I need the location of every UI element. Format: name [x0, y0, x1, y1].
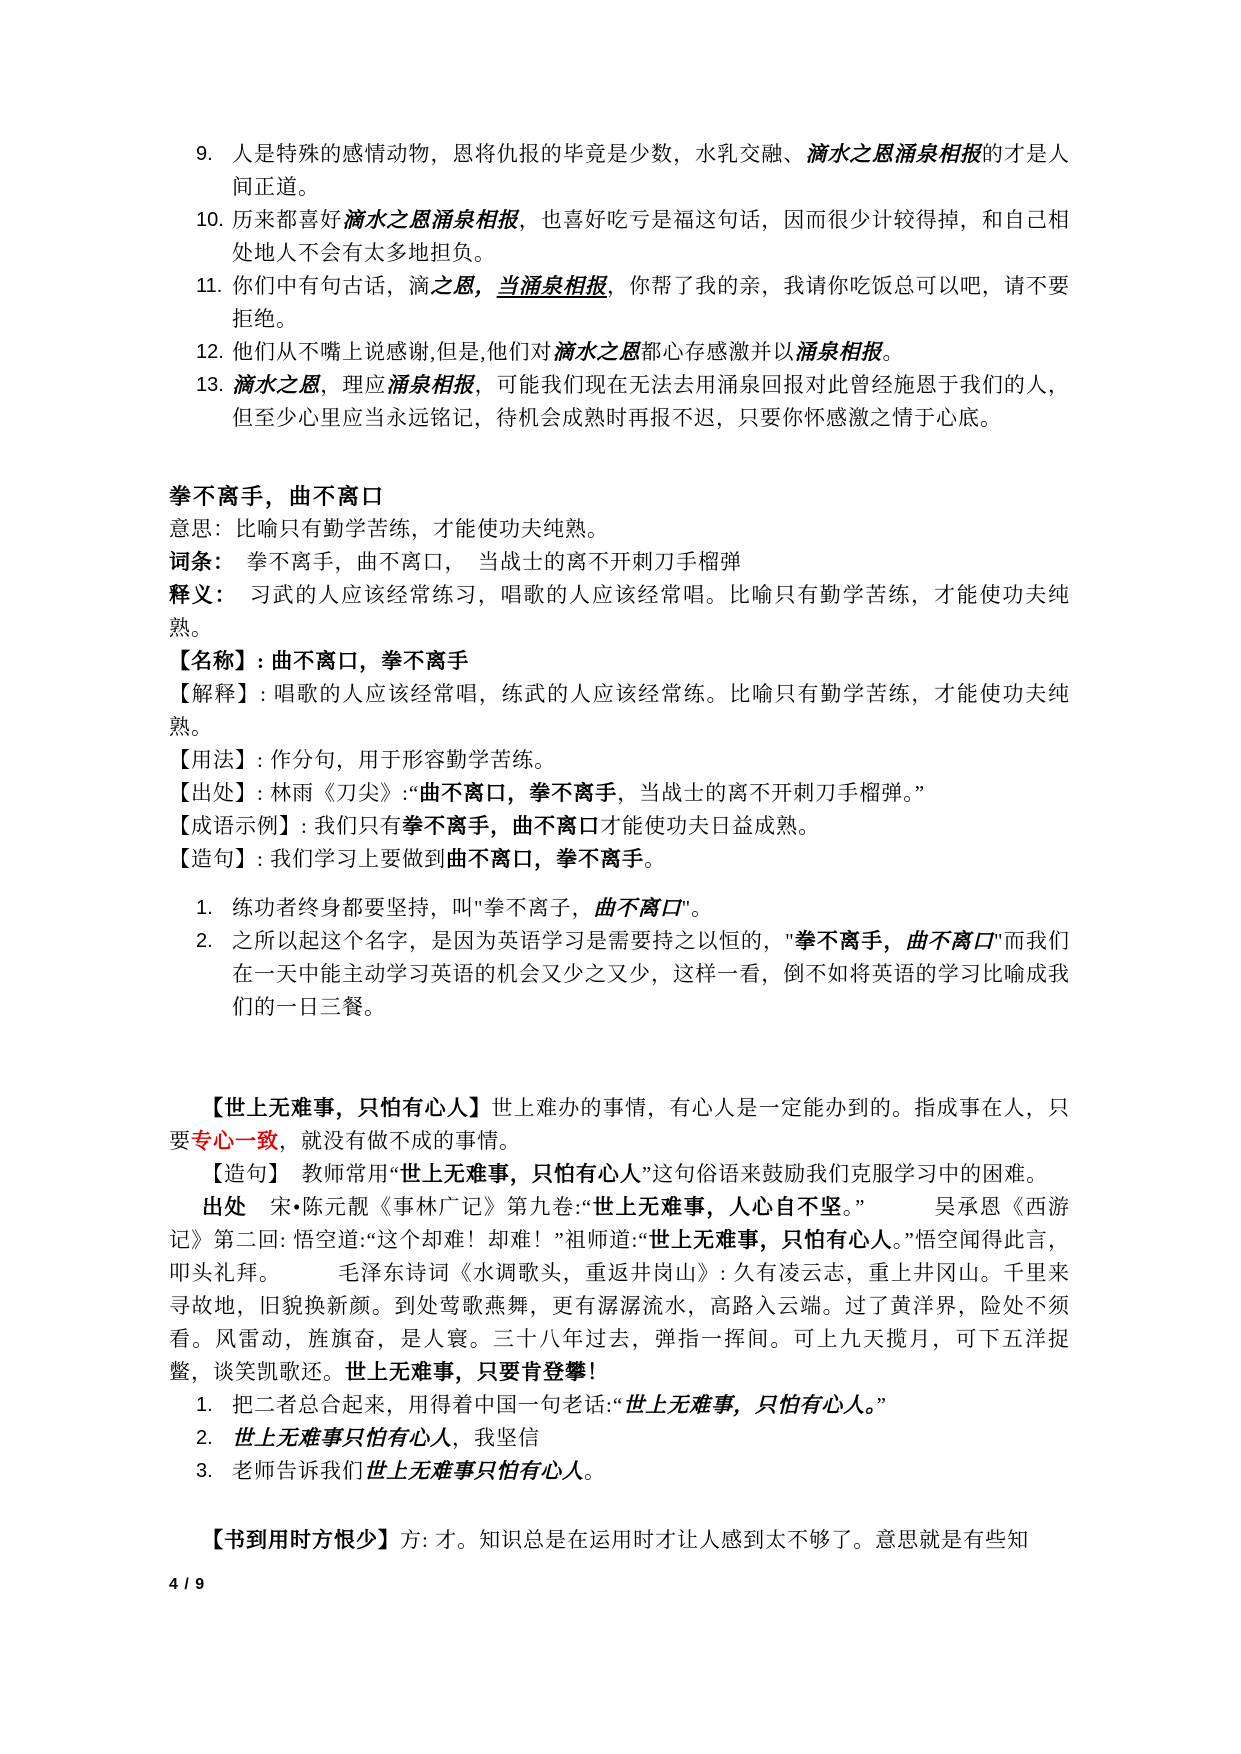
meaning-line: 意思：比喻只有勤学苦练，才能使功夫纯熟。 — [169, 513, 1070, 546]
list-item-number: 10. — [196, 204, 224, 237]
sentence-line: 【造句】: 我们学习上要做到曲不离口，拳不离手。 — [169, 843, 1070, 876]
definition-paragraph: 【书到用时方恨少】方: 才。知识总是在运用时才让人感到太不够了。意思就是有些知 — [169, 1524, 1070, 1557]
list-item-number: 1. — [196, 1389, 213, 1422]
list-item-text: 滴水之恩，理应涌泉相报，可能我们现在无法去用涌泉回报对此曾经施恩于我们的人，但至… — [232, 373, 1070, 430]
list-item-2: 2.世上无难事只怕有心人，我坚信 — [169, 1422, 1070, 1455]
entry-line: 词条： 拳不离手，曲不离口， 当战士的离不开刺刀手榴弹 — [169, 546, 1070, 579]
list-item-1: 1.把二者总合起来，用得着中国一句老话:“世上无难事，只怕有心人。” — [169, 1389, 1070, 1422]
list-item-9: 9.人是特殊的感情动物，恩将仇报的毕竟是少数，水乳交融、滴水之恩涌泉相报的才是人… — [169, 138, 1070, 204]
list-item-11: 11.你们中有句古话，滴之恩，当涌泉相报，你帮了我的亲，我请你吃饭总可以吧，请不… — [169, 270, 1070, 336]
explanation-line: 【解释】: 唱歌的人应该经常唱，练武的人应该经常练。比喻只有勤学苦练，才能使功夫… — [169, 678, 1070, 744]
list-item-13: 13.滴水之恩，理应涌泉相报，可能我们现在无法去用涌泉回报对此曾经施恩于我们的人… — [169, 369, 1070, 435]
shishang-examples-numbered-list: 1.把二者总合起来，用得着中国一句老话:“世上无难事，只怕有心人。” 2.世上无… — [169, 1389, 1070, 1488]
list-item-number: 9. — [196, 138, 213, 171]
list-item-text: 练功者终身都要坚持，叫"拳不离子，曲不离口"。 — [232, 896, 713, 920]
list-item-text: 之所以起这个名字，是因为英语学习是需要持之以恒的，"拳不离手，曲不离口"而我们在… — [232, 929, 1070, 1019]
section-heading-quan-bu-li-shou: 拳不离手，曲不离口 — [169, 480, 1070, 513]
list-item-number: 13. — [196, 369, 224, 402]
page-number: 4 / 9 — [169, 1574, 1070, 1596]
definition-paragraph: 【世上无难事，只怕有心人】世上难办的事情，有心人是一定能办到的。指成事在人，只要… — [169, 1092, 1070, 1158]
list-item-number: 2. — [196, 1422, 213, 1455]
list-item-3: 3.老师告诉我们世上无难事只怕有心人。 — [169, 1455, 1070, 1488]
list-item-text: 你们中有句古话，滴之恩，当涌泉相报，你帮了我的亲，我请你吃饭总可以吧，请不要拒绝… — [232, 274, 1070, 331]
list-item-text: 他们从不嘴上说感谢,但是,他们对滴水之恩都心存感激并以涌泉相报。 — [232, 340, 905, 364]
list-item-number: 2. — [196, 925, 213, 958]
quan-examples-numbered-list: 1.练功者终身都要坚持，叫"拳不离子，曲不离口"。 2.之所以起这个名字，是因为… — [169, 892, 1070, 1024]
usage-line: 【用法】: 作分句，用于形容勤学苦练。 — [169, 744, 1070, 777]
list-item-12: 12.他们从不嘴上说感谢,但是,他们对滴水之恩都心存感激并以涌泉相报。 — [169, 336, 1070, 369]
section-shudao-yongshi: 【书到用时方恨少】方: 才。知识总是在运用时才让人感到太不够了。意思就是有些知 — [169, 1524, 1070, 1557]
list-item-text: 世上无难事只怕有心人，我坚信 — [232, 1426, 540, 1450]
list-item-text: 人是特殊的感情动物，恩将仇报的毕竟是少数，水乳交融、滴水之恩涌泉相报的才是人间正… — [232, 142, 1070, 199]
source-line: 【出处】: 林雨《刀尖》:“曲不离口，拳不离手，当战士的离不开刺刀手榴弹。” — [169, 777, 1070, 810]
section-shishang-wunanshi: 【世上无难事，只怕有心人】世上难办的事情，有心人是一定能办到的。指成事在人，只要… — [169, 1092, 1070, 1389]
name-line: 【名称】: 曲不离口，拳不离手 — [169, 645, 1070, 678]
definition-line: 释义： 习武的人应该经常练习，唱歌的人应该经常唱。比喻只有勤学苦练，才能使功夫纯… — [169, 579, 1070, 645]
list-item-10: 10.历来都喜好滴水之恩涌泉相报，也喜好吃亏是福这句话，因而很少计较得掉，和自己… — [169, 204, 1070, 270]
source-paragraph: 出处 宋•陈元靓《事林广记》第九卷:“世上无难事，人心自不坚。” 吴承恩《西游记… — [169, 1191, 1070, 1389]
list-item-text: 历来都喜好滴水之恩涌泉相报，也喜好吃亏是福这句话，因而很少计较得掉，和自己相处地… — [232, 208, 1070, 265]
list-item-number: 1. — [196, 892, 213, 925]
document-body: 9.人是特殊的感情动物，恩将仇报的毕竟是少数，水乳交融、滴水之恩涌泉相报的才是人… — [169, 138, 1070, 1596]
idiom-example-line: 【成语示例】: 我们只有拳不离手，曲不离口才能使功夫日益成熟。 — [169, 810, 1070, 843]
document-page: 9.人是特殊的感情动物，恩将仇报的毕竟是少数，水乳交融、滴水之恩涌泉相报的才是人… — [0, 0, 1241, 1754]
gratitude-numbered-list: 9.人是特殊的感情动物，恩将仇报的毕竟是少数，水乳交融、滴水之恩涌泉相报的才是人… — [169, 138, 1070, 435]
sentence-paragraph: 【造句】 教师常用“世上无难事，只怕有心人”这句俗语来鼓励我们克服学习中的困难。 — [169, 1158, 1070, 1191]
list-item-1: 1.练功者终身都要坚持，叫"拳不离子，曲不离口"。 — [169, 892, 1070, 925]
list-item-number: 12. — [196, 336, 224, 369]
list-item-text: 老师告诉我们世上无难事只怕有心人。 — [232, 1459, 606, 1483]
list-item-2: 2.之所以起这个名字，是因为英语学习是需要持之以恒的，"拳不离手，曲不离口"而我… — [169, 925, 1070, 1024]
list-item-number: 11. — [196, 270, 222, 303]
list-item-text: 把二者总合起来，用得着中国一句老话:“世上无难事，只怕有心人。” — [232, 1393, 887, 1417]
list-item-number: 3. — [196, 1455, 213, 1488]
